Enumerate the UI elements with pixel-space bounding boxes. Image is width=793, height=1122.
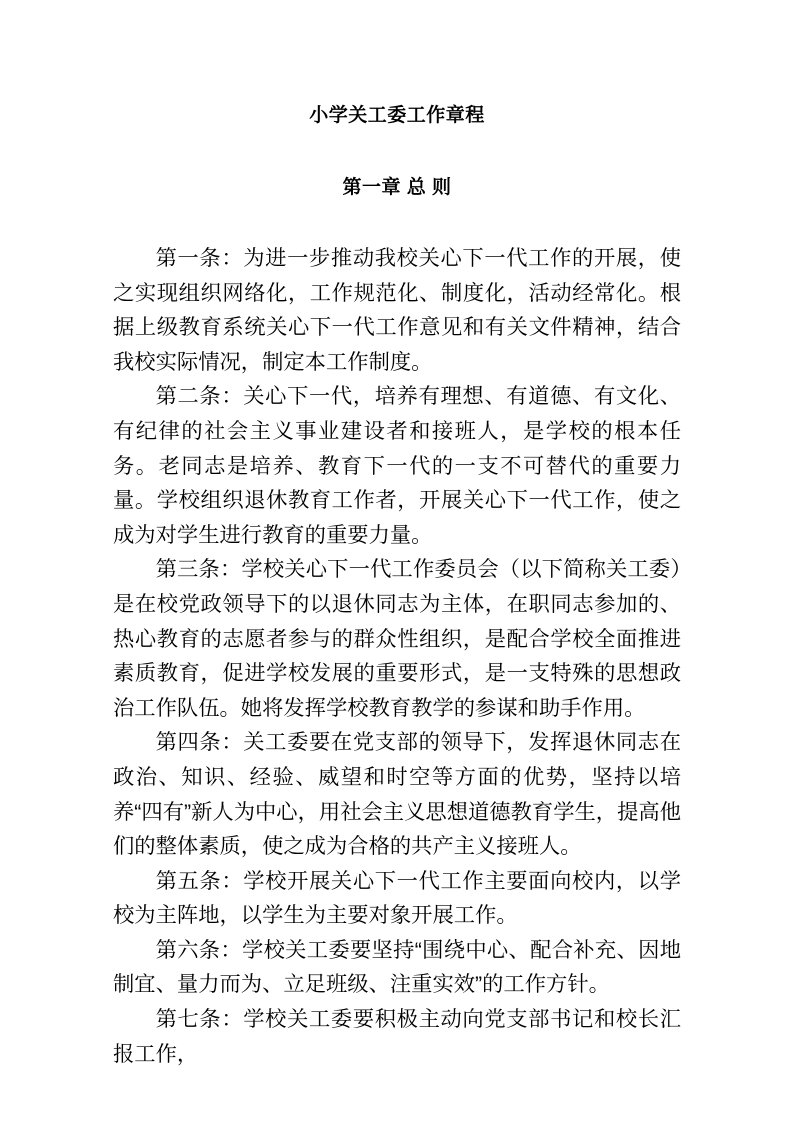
paragraph: 第二条：关心下一代，培养有理想、有道德、有文化、有纪律的社会主义事业建设者和接班… [113, 379, 681, 552]
paragraph: 第一条：为进一步推动我校关心下一代工作的开展，使之实现组织网络化，工作规范化、制… [113, 241, 681, 379]
paragraph: 第六条：学校关工委要坚持“围绕中心、配合补充、因地制宜、量力而为、立足班级、注重… [113, 933, 681, 1002]
paragraph: 第五条：学校开展关心下一代工作主要面向校内，以学校为主阵地，以学生为主要对象开展… [113, 864, 681, 933]
chapter-heading: 第一章 总 则 [113, 176, 681, 200]
document-title: 小学关工委工作章程 [113, 104, 681, 128]
paragraph: 第三条：学校关心下一代工作委员会（以下简称关工委）是在校党政领导下的以退休同志为… [113, 552, 681, 725]
document-page: 小学关工委工作章程 第一章 总 则 第一条：为进一步推动我校关心下一代工作的开展… [0, 0, 793, 1122]
paragraph: 第七条：学校关工委要积极主动向党支部书记和校长汇报工作， [113, 1002, 681, 1071]
paragraph: 第四条：关工委要在党支部的领导下，发挥退休同志在政治、知识、经验、威望和时空等方… [113, 725, 681, 863]
document-body: 第一条：为进一步推动我校关心下一代工作的开展，使之实现组织网络化，工作规范化、制… [113, 241, 681, 1071]
